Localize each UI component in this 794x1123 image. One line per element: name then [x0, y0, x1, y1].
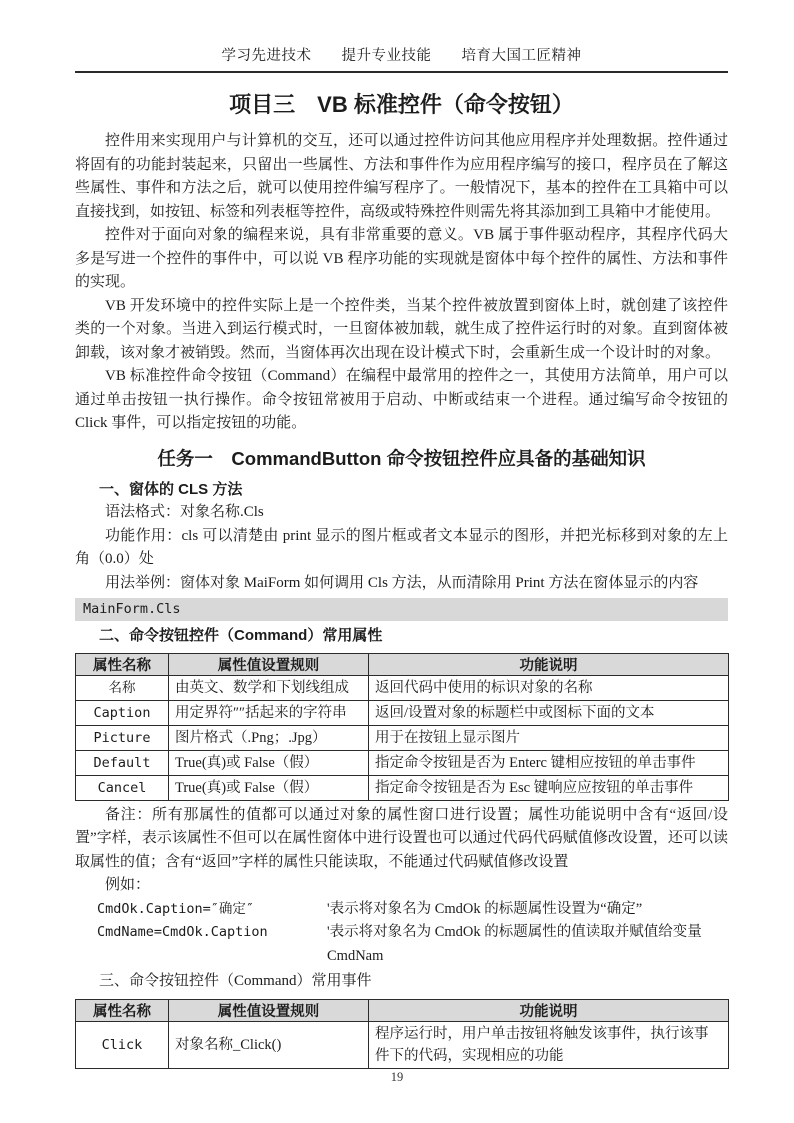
table-cell: True(真)或 False（假） [169, 750, 369, 775]
body-paragraph: VB 标准控件命令按钮（Command）在编程中最常用的控件之一，其使用方法简单… [75, 365, 728, 436]
syntax-line: 语法格式：对象名称.Cls [75, 501, 728, 525]
table-row: DefaultTrue(真)或 False（假）指定命令按钮是否为 Enterc… [76, 750, 729, 775]
table-header-row: 属性名称属性值设置规则功能说明 [76, 653, 729, 675]
page-header-motto: 学习先进技术 提升专业技能 培育大国工匠精神 [75, 44, 728, 73]
table-header-cell: 功能说明 [369, 999, 729, 1021]
table-cell: 返回代码中使用的标识对象的名称 [369, 675, 729, 700]
table-row: CancelTrue(真)或 False（假）指定命令按钮是否为 Esc 键响应… [76, 775, 729, 800]
section-heading-cls-method: 一、窗体的 CLS 方法 [75, 478, 728, 502]
example-label: 例如： [75, 874, 728, 898]
table-row: Picture图片格式（.Png；.Jpg）用于在按钮上显示图片 [76, 725, 729, 750]
table-cell: 指定命令按钮是否为 Enterc 键相应按钮的单击事件 [369, 750, 729, 775]
table-header-cell: 属性值设置规则 [169, 653, 369, 675]
table-cell: Caption [76, 700, 169, 725]
table-cell: 用于在按钮上显示图片 [369, 725, 729, 750]
page-title: 项目三 VB 标准控件（命令按钮） [75, 88, 728, 119]
code-block: MainForm.Cls [75, 598, 728, 621]
table-cell: Cancel [76, 775, 169, 800]
table-header-cell: 属性名称 [76, 999, 169, 1021]
body-paragraph: 控件用来实现用户与计算机的交互，还可以通过控件访问其他应用程序并处理数据。控件通… [75, 130, 728, 224]
table-cell: 图片格式（.Png；.Jpg） [169, 725, 369, 750]
table-row: Click对象名称_Click()程序运行时，用户单击按钮将触发该事件，执行该事… [76, 1021, 729, 1068]
example-code: CmdName=CmdOk.Caption [97, 921, 327, 968]
body-paragraph: VB 开发环境中的控件实际上是一个控件类，当某个控件被放置到窗体上时，就创建了该… [75, 295, 728, 366]
example-line: CmdOk.Caption=″确定″ '表示将对象名为 CmdOk 的标题属性设… [75, 898, 728, 922]
table-header-cell: 功能说明 [369, 653, 729, 675]
table-row: 名称由英文、数学和下划线组成返回代码中使用的标识对象的名称 [76, 675, 729, 700]
table-cell: Default [76, 750, 169, 775]
table-header-row: 属性名称属性值设置规则功能说明 [76, 999, 729, 1021]
usage-line: 用法举例：窗体对象 MaiForm 如何调用 Cls 方法，从而清除用 Prin… [75, 572, 728, 596]
example-line: CmdName=CmdOk.Caption '表示将对象名为 CmdOk 的标题… [75, 921, 728, 968]
table-cell: 指定命令按钮是否为 Esc 键响应应按钮的单击事件 [369, 775, 729, 800]
function-line: 功能作用：cls 可以清楚由 print 显示的图片框或者文本显示的图形，并把光… [75, 525, 728, 572]
note-paragraph: 备注：所有那属性的值都可以通过对象的属性窗口进行设置；属性功能说明中含有“返回/… [75, 804, 728, 875]
table-cell: 对象名称_Click() [169, 1021, 369, 1068]
events-table: 属性名称属性值设置规则功能说明 Click对象名称_Click()程序运行时，用… [75, 999, 729, 1069]
table-row: Caption用定界符″″括起来的字符串返回/设置对象的标题栏中或图标下面的文本 [76, 700, 729, 725]
table-cell: 返回/设置对象的标题栏中或图标下面的文本 [369, 700, 729, 725]
page-number: 19 [0, 1070, 794, 1085]
properties-table: 属性名称属性值设置规则功能说明 名称由英文、数学和下划线组成返回代码中使用的标识… [75, 653, 729, 801]
example-comment: '表示将对象名为 CmdOk 的标题属性的值读取并赋值给变量 CmdNam [327, 921, 728, 968]
example-code: CmdOk.Caption=″确定″ [97, 898, 327, 922]
table-cell: 名称 [76, 675, 169, 700]
example-comment: '表示将对象名为 CmdOk 的标题属性设置为“确定” [327, 898, 642, 922]
table-cell: Picture [76, 725, 169, 750]
table-cell: True(真)或 False（假） [169, 775, 369, 800]
section-heading-common-properties: 二、命令按钮控件（Command）常用属性 [75, 624, 728, 648]
table-cell: 由英文、数学和下划线组成 [169, 675, 369, 700]
table-cell: 用定界符″″括起来的字符串 [169, 700, 369, 725]
table-header-cell: 属性名称 [76, 653, 169, 675]
section-heading-common-events: 三、命令按钮控件（Command）常用事件 [75, 970, 728, 994]
table-cell: 程序运行时，用户单击按钮将触发该事件，执行该事件下的代码，实现相应的功能 [369, 1021, 729, 1068]
document-page: 学习先进技术 提升专业技能 培育大国工匠精神 项目三 VB 标准控件（命令按钮）… [0, 0, 794, 1123]
table-header-cell: 属性值设置规则 [169, 999, 369, 1021]
table-cell: Click [76, 1021, 169, 1068]
task-heading: 任务一 CommandButton 命令按钮控件应具备的基础知识 [75, 445, 728, 471]
body-paragraph: 控件对于面向对象的编程来说，具有非常重要的意义。VB 属于事件驱动程序，其程序代… [75, 224, 728, 295]
